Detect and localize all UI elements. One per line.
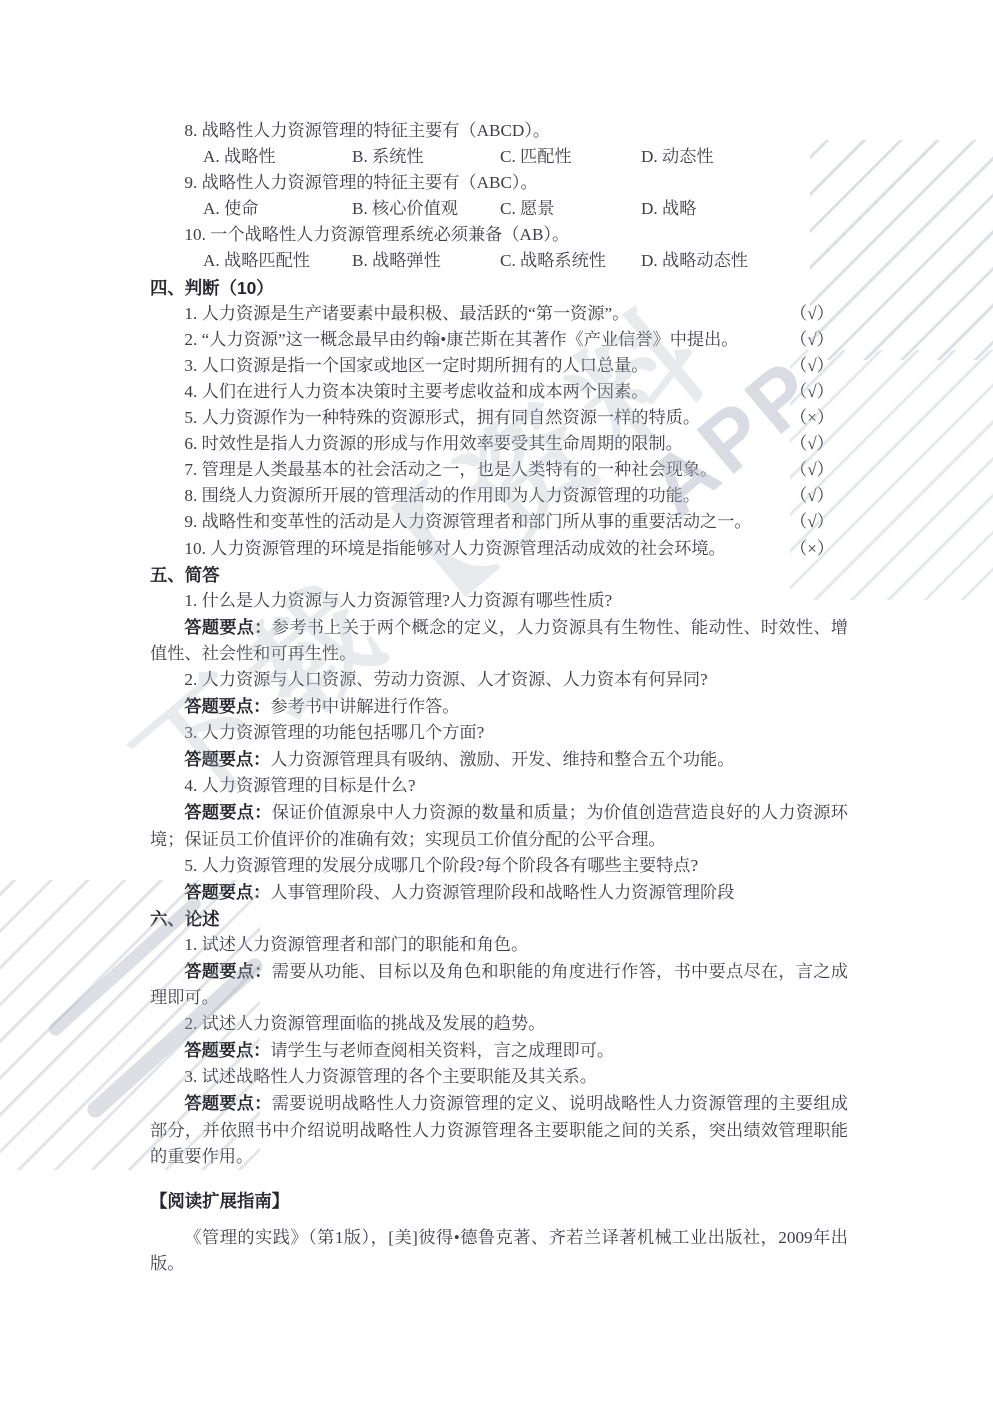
judgement-statement: 2. “人力资源”这一概念最早由约翰•康芒斯在其著作《产业信誉》中提出。: [184, 330, 738, 349]
mc-option: B. 核心价值观: [352, 196, 458, 222]
judgement-answer: （√）: [790, 353, 834, 379]
document-page: 下载【资料 APP 8. 战略性人力资源管理的特征主要有（ABCD）。A. 战略…: [0, 0, 993, 1404]
judgement-item: 6. 时效性是指人力资源的形成与作用效率要受其生命周期的限制。（√）: [150, 431, 848, 457]
mc-option: A. 使命: [203, 196, 258, 222]
short-answer-answer: 答题要点：参考书上关于两个概念的定义，人力资源具有生物性、能动性、时效性、增值性…: [150, 614, 848, 667]
short-answer-question: 3. 人力资源管理的功能包括哪几个方面?: [150, 720, 848, 746]
section-title-judgement: 四、判断（10）: [150, 275, 848, 301]
judgement-answer: （√）: [790, 431, 834, 457]
mc-question: 10. 一个战略性人力资源管理系统必须兼备（AB）。: [150, 222, 848, 248]
answer-points-label: 答题要点：: [184, 696, 270, 716]
reading-guide-title: 【阅读扩展指南】: [150, 1188, 848, 1214]
mc-option-row: A. 使命B. 核心价值观C. 愿景D. 战略: [150, 196, 848, 222]
answer-points-label: 答题要点：: [184, 802, 271, 822]
mc-option: C. 匹配性: [500, 144, 572, 170]
answer-points-text: 人事管理阶段、人力资源管理阶段和战略性人力资源管理阶段: [270, 883, 734, 902]
reading-guide-text: 《管理的实践》（第1版），[美]彼得•德鲁克著、齐若兰译著机械工业出版社，200…: [150, 1225, 848, 1277]
essay-answer: 答题要点：请学生与老师查阅相关资料，言之成理即可。: [150, 1037, 848, 1064]
essay-question: 2. 试述人力资源管理面临的挑战及发展的趋势。: [150, 1011, 848, 1037]
short-answer-answer: 答题要点：人事管理阶段、人力资源管理阶段和战略性人力资源管理阶段: [150, 879, 848, 906]
answer-points-label: 答题要点：: [184, 1040, 270, 1060]
judgement-statement: 1. 人力资源是生产诸要素中最积极、最活跃的“第一资源”。: [184, 304, 629, 323]
judgement-item: 5. 人力资源作为一种特殊的资源形式，拥有同自然资源一样的特质。（×）: [150, 405, 848, 431]
answer-points-label: 答题要点：: [184, 1093, 271, 1113]
judgement-answer: （√）: [790, 457, 834, 483]
judgement-statement: 4. 人们在进行人力资本决策时主要考虑收益和成本两个因素。: [184, 382, 648, 401]
short-answer-question: 2. 人力资源与人口资源、劳动力资源、人才资源、人力资本有何异同?: [150, 667, 848, 693]
judgement-statement: 6. 时效性是指人力资源的形成与作用效率要受其生命周期的限制。: [184, 434, 682, 453]
answer-points-label: 答题要点：: [184, 961, 271, 981]
mc-option: C. 战略系统性: [500, 248, 606, 274]
short-answer-question: 1. 什么是人力资源与人力资源管理?人力资源有哪些性质?: [150, 588, 848, 614]
judgement-answer: （√）: [790, 327, 834, 353]
answer-points-text: 参考书中讲解进行作答。: [270, 697, 459, 716]
judgement-item: 3. 人口资源是指一个国家或地区一定时期所拥有的人口总量。（√）: [150, 353, 848, 379]
judgement-item: 7. 管理是人类最基本的社会活动之一，也是人类特有的一种社会现象。（√）: [150, 457, 848, 483]
essay-question: 1. 试述人力资源管理者和部门的职能和角色。: [150, 932, 848, 958]
judgement-statement: 5. 人力资源作为一种特殊的资源形式，拥有同自然资源一样的特质。: [184, 408, 700, 427]
judgement-statement: 3. 人口资源是指一个国家或地区一定时期所拥有的人口总量。: [184, 356, 648, 375]
essay-answer: 答题要点：需要从功能、目标以及角色和职能的角度进行作答，书中要点尽在，言之成理即…: [150, 958, 848, 1011]
answer-points-text: 人力资源管理具有吸纳、激励、开发、维持和整合五个功能。: [270, 750, 734, 769]
judgement-statement: 7. 管理是人类最基本的社会活动之一，也是人类特有的一种社会现象。: [184, 460, 717, 479]
mc-option-row: A. 战略匹配性B. 战略弹性C. 战略系统性D. 战略动态性: [150, 248, 848, 274]
judgement-item: 2. “人力资源”这一概念最早由约翰•康芒斯在其著作《产业信誉》中提出。（√）: [150, 327, 848, 353]
short-answer-answer: 答题要点：参考书中讲解进行作答。: [150, 693, 848, 720]
mc-option: B. 系统性: [352, 144, 424, 170]
mc-option-row: A. 战略性B. 系统性C. 匹配性D. 动态性: [150, 144, 848, 170]
mc-option: A. 战略匹配性: [203, 248, 310, 274]
judgement-item: 8. 围绕人力资源所开展的管理活动的作用即为人力资源管理的功能。（√）: [150, 483, 848, 509]
mc-option: B. 战略弹性: [352, 248, 441, 274]
short-answer-question: 4. 人力资源管理的目标是什么?: [150, 773, 848, 799]
judgement-item: 4. 人们在进行人力资本决策时主要考虑收益和成本两个因素。（√）: [150, 379, 848, 405]
judgement-statement: 8. 围绕人力资源所开展的管理活动的作用即为人力资源管理的功能。: [184, 486, 700, 505]
judgement-answer: （×）: [790, 405, 834, 431]
judgement-statement: 9. 战略性和变革性的活动是人力资源管理者和部门所从事的重要活动之一。: [184, 512, 751, 531]
mc-question: 9. 战略性人力资源管理的特征主要有（ABC）。: [150, 170, 848, 196]
short-answer-question: 5. 人力资源管理的发展分成哪几个阶段?每个阶段各有哪些主要特点?: [150, 853, 848, 879]
answer-points-label: 答题要点：: [184, 882, 270, 902]
mc-option: D. 动态性: [641, 144, 714, 170]
answer-points-label: 答题要点：: [184, 749, 270, 769]
mc-option: D. 战略动态性: [641, 248, 748, 274]
judgement-answer: （√）: [790, 301, 834, 327]
answer-points-label: 答题要点：: [184, 617, 271, 637]
mc-option: D. 战略: [641, 196, 696, 222]
judgement-answer: （√）: [790, 379, 834, 405]
mc-option: A. 战略性: [203, 144, 276, 170]
judgement-item: 10. 人力资源管理的环境是指能够对人力资源管理活动成效的社会环境。（×）: [150, 536, 848, 562]
judgement-answer: （√）: [790, 483, 834, 509]
short-answer-answer: 答题要点：保证价值源泉中人力资源的数量和质量；为价值创造营造良好的人力资源环境；…: [150, 799, 848, 852]
judgement-statement: 10. 人力资源管理的环境是指能够对人力资源管理活动成效的社会环境。: [184, 539, 725, 558]
section-title-essay: 六、论述: [150, 906, 848, 932]
judgement-answer: （×）: [790, 536, 834, 562]
mc-question: 8. 战略性人力资源管理的特征主要有（ABCD）。: [150, 118, 848, 144]
section-title-short-answer: 五、简答: [150, 562, 848, 588]
answer-points-text: 请学生与老师查阅相关资料，言之成理即可。: [270, 1041, 614, 1060]
document-content: 8. 战略性人力资源管理的特征主要有（ABCD）。A. 战略性B. 系统性C. …: [150, 118, 848, 1277]
mc-option: C. 愿景: [500, 196, 554, 222]
judgement-item: 9. 战略性和变革性的活动是人力资源管理者和部门所从事的重要活动之一。（√）: [150, 509, 848, 535]
essay-question: 3. 试述战略性人力资源管理的各个主要职能及其关系。: [150, 1064, 848, 1090]
essay-answer: 答题要点：需要说明战略性人力资源管理的定义、说明战略性人力资源管理的主要组成部分…: [150, 1090, 848, 1169]
short-answer-answer: 答题要点：人力资源管理具有吸纳、激励、开发、维持和整合五个功能。: [150, 746, 848, 773]
judgement-item: 1. 人力资源是生产诸要素中最积极、最活跃的“第一资源”。（√）: [150, 301, 848, 327]
judgement-answer: （√）: [790, 509, 834, 535]
